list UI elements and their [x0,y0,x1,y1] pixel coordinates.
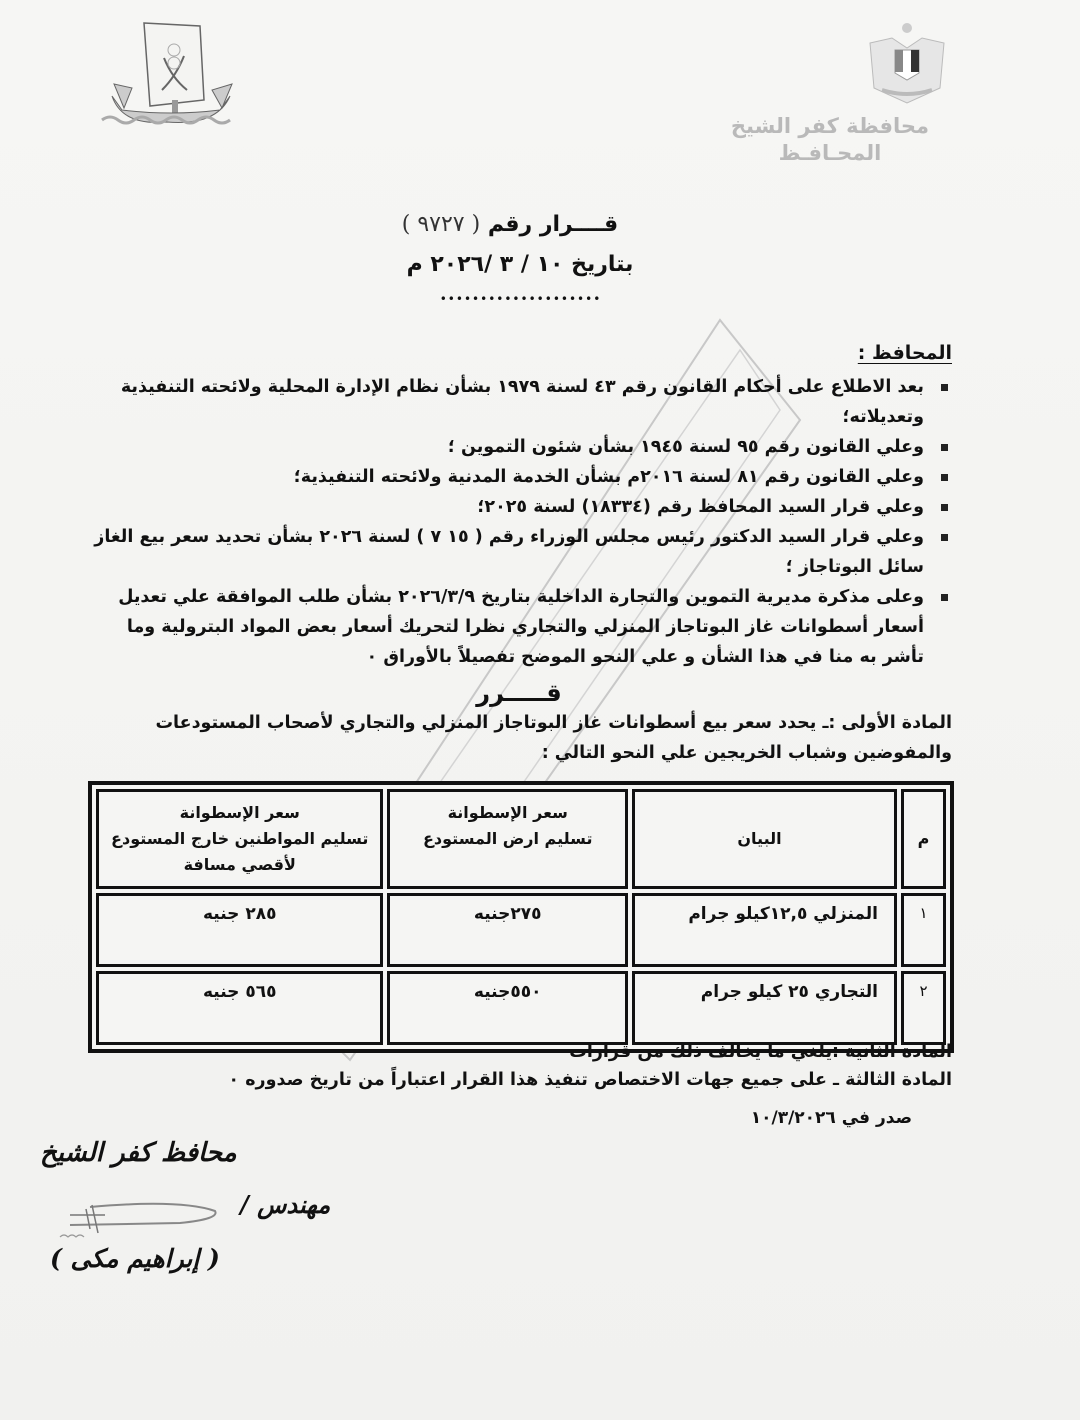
signature-name: ( إبراهيم مكى ) [50,1244,220,1273]
handwritten-signature-icon [30,1185,220,1245]
document-page: محافظة كفر الشيخ المحـافـظ قــــرار رقم … [0,0,1080,1420]
header-price-delivery: سعر الإسطوانة تسليم المواطنين خارج المست… [96,789,383,889]
row-description: التجاري ٢٥ كيلو جرام [632,971,897,1045]
row-index: ٢ [901,971,946,1045]
kafr-el-sheikh-boat-logo-icon [92,18,242,128]
row-description: المنزلي ١٢,٥كيلو جرام [632,893,897,967]
article-one: المادة الأولى :ـ يحدد سعر بيع أسطوانات غ… [86,708,952,768]
decree-body: المحافظ : بعد الاطلاع على أحكام القانون … [86,338,952,768]
table-row: ١ المنزلي ١٢,٥كيلو جرام ٢٧٥جنيه ٢٨٥ جنيه [96,893,946,967]
governorate-name: محافظة كفر الشيخ [720,112,940,140]
article-three: المادة الثالثة ـ على جميع جهات الاختصاص … [86,1066,952,1094]
article-two: المادة الثانية :يلغي ما يخالف ذلك من قرا… [86,1038,952,1066]
header-price-depot-line2: تسليم ارض المستودع [396,826,619,852]
preamble-item: وعلي قرار السيد الدكتور رئيس مجلس الوزرا… [86,522,952,582]
header-price-depot-line1: سعر الإسطوانة [396,800,619,826]
header-price-depot: سعر الإسطوانة تسليم ارض المستودع [387,789,628,889]
table-header-row: م البيان سعر الإسطوانة تسليم ارض المستود… [96,789,946,889]
preamble-list: بعد الاطلاع على أحكام القانون رقم ٤٣ لسن… [86,372,952,672]
issued-date: صدر في ١٠/٣/٢٠٢٦ [751,1108,912,1128]
row-index: ١ [901,893,946,967]
governorate-header: محافظة كفر الشيخ المحـافـظ [720,112,940,166]
preamble-item: بعد الاطلاع على أحكام القانون رقم ٤٣ لسن… [86,372,952,432]
preamble-heading: المحافظ : [86,338,952,368]
egypt-eagle-emblem-icon [862,18,952,108]
row-price-delivery: ٥٦٥ جنيه [96,971,383,1045]
row-price-delivery: ٢٨٥ جنيه [96,893,383,967]
preamble-item: وعلي القانون رقم ٨١ لسنة ٢٠١٦م بشأن الخد… [86,462,952,492]
row-price-depot: ٢٧٥جنيه [387,893,628,967]
decree-date: بتاريخ ١٠ / ٣ /٢٠٢٦ م [380,252,660,277]
separator-dots: •••••••••••••••••••• [398,292,643,306]
header-price-delivery-line3: لأقصي مسافة [105,852,374,878]
preamble-item: وعلى مذكرة مديرية التموين والتجارة الداخ… [86,582,952,672]
signature-prefix: مهندس / [240,1190,330,1219]
decree-number: ( ٩٧٢٧ ) [402,212,480,237]
price-table: م البيان سعر الإسطوانة تسليم ارض المستود… [88,781,954,1053]
decree-date-value: ١٠ / ٣ /٢٠٢٦ م [407,252,564,277]
table-row: ٢ التجاري ٢٥ كيلو جرام ٥٥٠جنيه ٥٦٥ جنيه [96,971,946,1045]
header-index: م [901,789,946,889]
preamble-item: وعلي القانون رقم ٩٥ لسنة ١٩٤٥ بشأن شئون … [86,432,952,462]
office-name: المحـافـظ [720,140,940,166]
decision-heading: قـــــرر [86,678,952,708]
row-price-depot: ٥٥٠جنيه [387,971,628,1045]
header-description: البيان [632,789,897,889]
decree-date-label: بتاريخ [571,252,633,277]
preamble-item: وعلي قرار السيد المحافظ رقم (١٨٣٣٤) لسنة… [86,492,952,522]
header-price-delivery-line1: سعر الإسطوانة [105,800,374,826]
decree-title-label: قــــرار رقم [488,212,618,237]
signature-title: محافظ كفر الشيخ [40,1138,237,1168]
decree-title: قــــرار رقم ( ٩٧٢٧ ) [360,212,660,237]
closing-articles: المادة الثانية :يلغي ما يخالف ذلك من قرا… [86,1038,952,1094]
header-price-delivery-line2: تسليم المواطنين خارج المستودع [105,826,374,852]
